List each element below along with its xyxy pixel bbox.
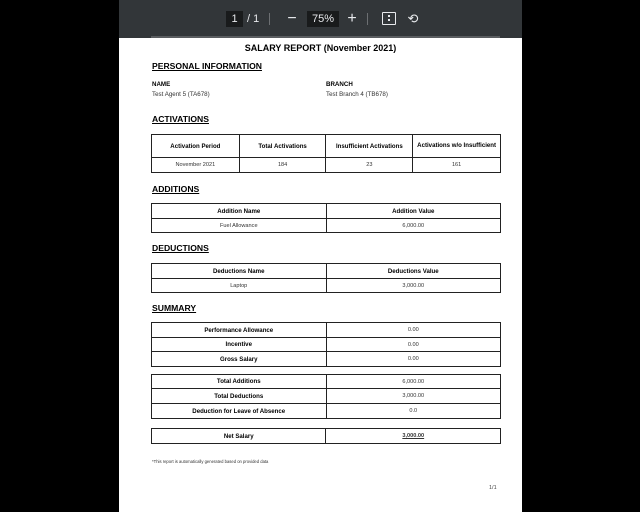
additions-table: Addition Name Addition Value Fuel Allowa… (151, 203, 501, 233)
column-header: Deductions Value (326, 264, 501, 279)
summary-value: 0.0 (326, 404, 500, 419)
summary-value: 3,000.00 (326, 389, 500, 404)
summary-label: Total Deductions (152, 389, 327, 404)
table-row: Total Deductions 3,000.00 (152, 389, 501, 404)
name-value: Test Agent 5 (TA678) (152, 91, 210, 98)
table-row: Incentive 0.00 (152, 338, 501, 352)
document-page: SALARY REPORT (November 2021) PERSONAL I… (119, 38, 522, 512)
column-header: Deductions Name (152, 264, 327, 279)
table-row: Total Additions 6,000.00 (152, 375, 501, 389)
net-salary-value: 3,000.00 (326, 429, 501, 444)
table-cell: Fuel Allowance (152, 219, 327, 233)
summary-heading: SUMMARY (152, 303, 196, 313)
summary-value: 0.00 (326, 323, 500, 338)
footnote: *This report is automatically generated … (152, 459, 268, 464)
deductions-table: Deductions Name Deductions Value Laptop … (151, 263, 501, 293)
branch-label: BRANCH (326, 81, 353, 88)
summary-label: Incentive (152, 338, 327, 352)
table-row: Gross Salary 0.00 (152, 352, 501, 367)
fit-page-icon[interactable] (382, 12, 396, 25)
additions-heading: ADDITIONS (152, 184, 199, 194)
name-label: NAME (152, 81, 170, 88)
pdf-viewer: 1 / 1 − 75% + ⟲ SALARY REPORT (November … (119, 0, 522, 512)
summary-label: Gross Salary (152, 352, 327, 367)
table-cell: 3,000.00 (326, 279, 501, 293)
table-row: Performance Allowance 0.00 (152, 323, 501, 338)
summary-value: 6,000.00 (326, 375, 500, 389)
page-footer-number: 1/1 (489, 485, 497, 491)
page-total: / 1 (247, 11, 265, 27)
column-header: Activations w/o Insufficient (413, 135, 501, 158)
table-cell: November 2021 (152, 158, 240, 173)
column-header: Total Activations (239, 135, 326, 158)
activations-table: Activation Period Total Activations Insu… (151, 134, 501, 173)
summary-label: Deduction for Leave of Absence (152, 404, 327, 419)
column-header: Insufficient Activations (326, 135, 413, 158)
column-header: Addition Name (152, 204, 327, 219)
table-row: Laptop 3,000.00 (152, 279, 501, 293)
summary-label: Total Additions (152, 375, 327, 389)
summary-value: 0.00 (326, 352, 500, 367)
net-salary-table: Net Salary 3,000.00 (151, 428, 501, 444)
table-row: November 2021 184 23 161 (152, 158, 501, 173)
table-cell: 23 (326, 158, 413, 173)
table-cell: Laptop (152, 279, 327, 293)
branch-value: Test Branch 4 (TB678) (326, 91, 388, 98)
report-title: SALARY REPORT (November 2021) (119, 43, 522, 53)
column-header: Activation Period (152, 135, 240, 158)
summary-label: Performance Allowance (152, 323, 327, 338)
zoom-in-button[interactable]: + (344, 11, 360, 27)
toolbar-divider (367, 13, 368, 25)
activations-heading: ACTIVATIONS (152, 114, 209, 124)
table-row: Deduction for Leave of Absence 0.0 (152, 404, 501, 419)
table-cell: 161 (413, 158, 501, 173)
personal-info-heading: PERSONAL INFORMATION (152, 61, 262, 71)
rotate-icon[interactable]: ⟲ (406, 11, 420, 27)
table-cell: 184 (239, 158, 326, 173)
zoom-out-button[interactable]: − (284, 11, 300, 27)
table-row: Fuel Allowance 6,000.00 (152, 219, 501, 233)
table-cell: 6,000.00 (326, 219, 501, 233)
table-row: Net Salary 3,000.00 (152, 429, 501, 444)
summary-table-totals: Total Additions 6,000.00 Total Deduction… (151, 374, 501, 419)
column-header: Addition Value (326, 204, 501, 219)
page-number-input[interactable]: 1 (226, 11, 243, 27)
summary-table-earnings: Performance Allowance 0.00 Incentive 0.0… (151, 322, 501, 367)
summary-value: 0.00 (326, 338, 500, 352)
deductions-heading: DEDUCTIONS (152, 243, 209, 253)
pdf-toolbar: 1 / 1 − 75% + ⟲ (119, 0, 522, 38)
net-salary-label: Net Salary (152, 429, 326, 444)
zoom-level-input[interactable]: 75% (307, 11, 339, 27)
toolbar-divider (269, 13, 270, 25)
